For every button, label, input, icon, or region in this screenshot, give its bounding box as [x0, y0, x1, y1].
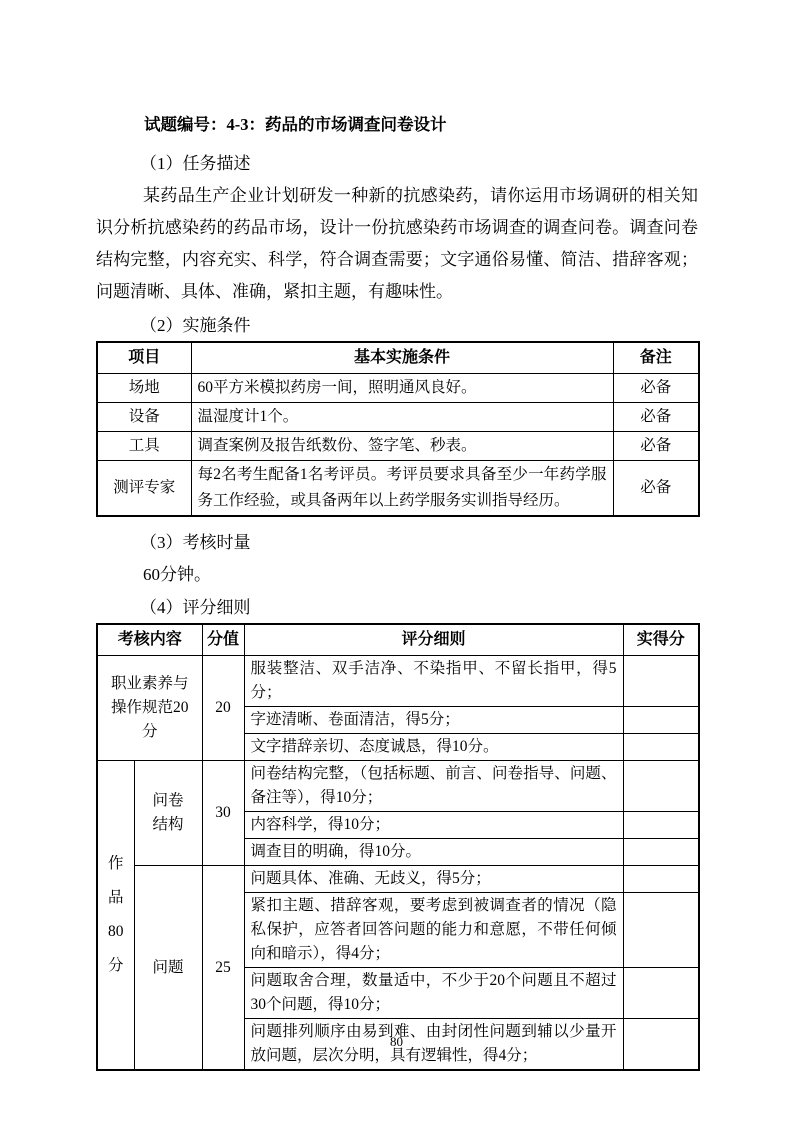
earned-score-cell [623, 839, 699, 866]
condition-item: 场地 [97, 374, 191, 403]
rubric-criterion: 服装整洁、双手洁净、不染指甲、不留长指甲，得5分； [244, 656, 623, 707]
condition-detail: 60平方米模拟药房一间，照明通风良好。 [191, 374, 613, 403]
rubric-criterion: 文字措辞亲切、态度诚恳，得10分。 [244, 734, 623, 761]
works-label-char: 80 [108, 920, 124, 944]
table-row: 问题 25 问题具体、准确、无歧义，得5分； [97, 866, 699, 893]
earned-score-cell [623, 707, 699, 734]
conditions-header-condition: 基本实施条件 [191, 342, 613, 374]
table-row: 作 品 80 分 问卷 结构 30 问卷结构完整，（包括标题、前言、问卷指导、问… [97, 761, 699, 812]
section-2-heading: （2）实施条件 [140, 314, 698, 338]
rubric-criterion: 紧扣主题、措辞客观，要考虑到被调查者的情况（隐私保护，应答者回答问题的能力和意愿… [244, 893, 623, 968]
condition-note: 必备 [613, 403, 699, 432]
condition-detail: 调查案例及报告纸数份、签字笔、秒表。 [191, 432, 613, 461]
rubric-header-content: 考核内容 [97, 624, 202, 656]
scoring-rubric-table: 考核内容 分值 评分细则 实得分 职业素养与操作规范20分 20 服装整洁、双手… [96, 623, 700, 1071]
rubric-subgroup-score: 30 [202, 761, 244, 866]
works-label-char: 分 [108, 954, 124, 978]
rubric-criterion: 调查目的明确，得10分。 [244, 839, 623, 866]
document-page: 试题编号：4-3：药品的市场调查问卷设计 （1）任务描述 某药品生产企业计划研发… [0, 0, 793, 1122]
rubric-header-score: 分值 [202, 624, 244, 656]
earned-score-cell [623, 734, 699, 761]
rubric-criterion: 问卷结构完整，（包括标题、前言、问卷指导、问题、备注等），得10分； [244, 761, 623, 812]
rubric-subgroup-content: 问卷 结构 [134, 761, 202, 866]
condition-detail: 温湿度计1个。 [191, 403, 613, 432]
rubric-criterion: 问题具体、准确、无歧义，得5分； [244, 866, 623, 893]
rubric-header-earned: 实得分 [623, 624, 699, 656]
works-label-char: 品 [108, 886, 124, 910]
section-1-heading: （1）任务描述 [140, 152, 698, 176]
condition-item: 测评专家 [97, 461, 191, 517]
condition-note: 必备 [613, 374, 699, 403]
rubric-criterion: 字迹清晰、卷面清洁，得5分； [244, 707, 623, 734]
table-row: 场地 60平方米模拟药房一间，照明通风良好。 必备 [97, 374, 699, 403]
works-label-vertical: 作 品 80 分 [104, 852, 128, 978]
document-title: 试题编号：4-3：药品的市场调查问卷设计 [144, 112, 698, 138]
conditions-header-note: 备注 [613, 342, 699, 374]
earned-score-cell [623, 656, 699, 707]
works-label-char: 作 [108, 852, 124, 876]
condition-item: 工具 [97, 432, 191, 461]
condition-item: 设备 [97, 403, 191, 432]
section-4-heading: （4）评分细则 [140, 596, 698, 620]
earned-score-cell [623, 893, 699, 968]
condition-note: 必备 [613, 432, 699, 461]
table-row: 工具 调查案例及报告纸数份、签字笔、秒表。 必备 [97, 432, 699, 461]
task-description-paragraph: 某药品生产企业计划研发一种新的抗感染药，请你运用市场调研的相关知识分析抗感染药的… [96, 180, 698, 308]
table-row: 职业素养与操作规范20分 20 服装整洁、双手洁净、不染指甲、不留长指甲，得5分… [97, 656, 699, 707]
earned-score-cell [623, 866, 699, 893]
rubric-group-score: 20 [202, 656, 244, 761]
condition-detail: 每2名考生配备1名考评员。考评员要求具备至少一年药学服务工作经验，或具备两年以上… [191, 461, 613, 517]
rubric-header-criteria: 评分细则 [244, 624, 623, 656]
earned-score-cell [623, 761, 699, 812]
page-number: 80 [0, 1034, 793, 1050]
conditions-header-item: 项目 [97, 342, 191, 374]
document-content: 试题编号：4-3：药品的市场调查问卷设计 （1）任务描述 某药品生产企业计划研发… [96, 112, 698, 1071]
rubric-criterion: 内容科学，得10分； [244, 812, 623, 839]
rubric-header-row: 考核内容 分值 评分细则 实得分 [97, 624, 699, 656]
earned-score-cell [623, 968, 699, 1019]
rubric-group-content: 职业素养与操作规范20分 [97, 656, 202, 761]
rubric-works-label: 作 品 80 分 [97, 761, 134, 1071]
table-row: 测评专家 每2名考生配备1名考评员。考评员要求具备至少一年药学服务工作经验，或具… [97, 461, 699, 517]
conditions-header-row: 项目 基本实施条件 备注 [97, 342, 699, 374]
earned-score-cell [623, 812, 699, 839]
rubric-criterion: 问题取舍合理，数量适中，不少于20个问题且不超过30个问题，得10分； [244, 968, 623, 1019]
condition-note: 必备 [613, 461, 699, 517]
table-row: 设备 温湿度计1个。 必备 [97, 403, 699, 432]
implementation-conditions-table: 项目 基本实施条件 备注 场地 60平方米模拟药房一间，照明通风良好。 必备 设… [96, 341, 700, 517]
section-3-heading: （3）考核时量 [140, 531, 698, 555]
duration-paragraph: 60分钟。 [96, 560, 698, 590]
